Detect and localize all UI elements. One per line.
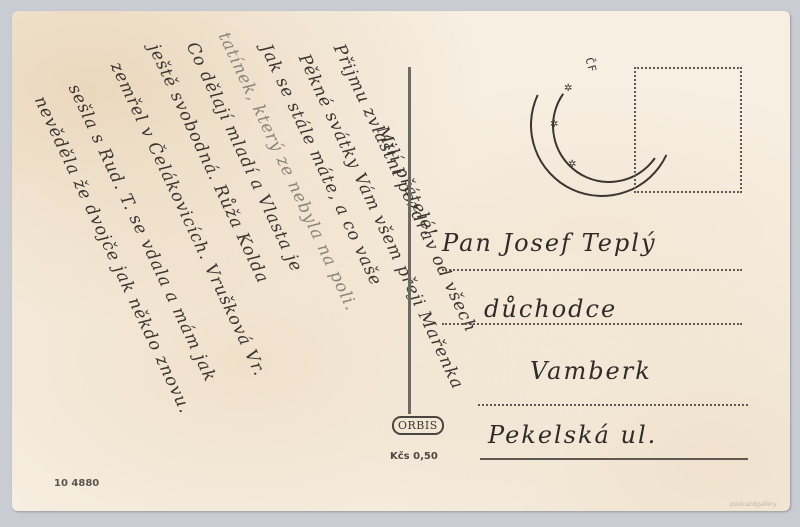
address-street: Pekelská ul. [488, 421, 657, 449]
postcard-back: Milí přátelé! Přijmu zvláštní pozdrav od… [12, 11, 790, 511]
address-name: Pan Josef Teplý [442, 229, 657, 257]
address-line-4 [480, 458, 748, 460]
watermark: postcardgallery [730, 501, 777, 508]
postmark-star-icon: ✲ [568, 159, 576, 170]
address-city: Vamberk [530, 357, 652, 385]
message-line: nevěděla že dvojče jak někdo znovu. [30, 93, 195, 417]
postmark-star-icon: ✲ [564, 83, 572, 94]
address-occupation: důchodce [484, 295, 617, 323]
stamp-placeholder-box [634, 67, 742, 193]
handwritten-message: Milí přátelé! Přijmu zvláštní pozdrav od… [12, 11, 412, 511]
catalog-number: 10 4880 [54, 478, 99, 489]
address-line-3 [478, 404, 748, 406]
center-divider-line [408, 67, 411, 414]
address-line-2 [442, 323, 742, 325]
address-line-1 [442, 269, 742, 271]
publisher-logo: ORBIS [392, 416, 444, 435]
price-label: Kčs 0,50 [390, 451, 438, 462]
postmark-star-icon: ✲ [550, 119, 558, 130]
